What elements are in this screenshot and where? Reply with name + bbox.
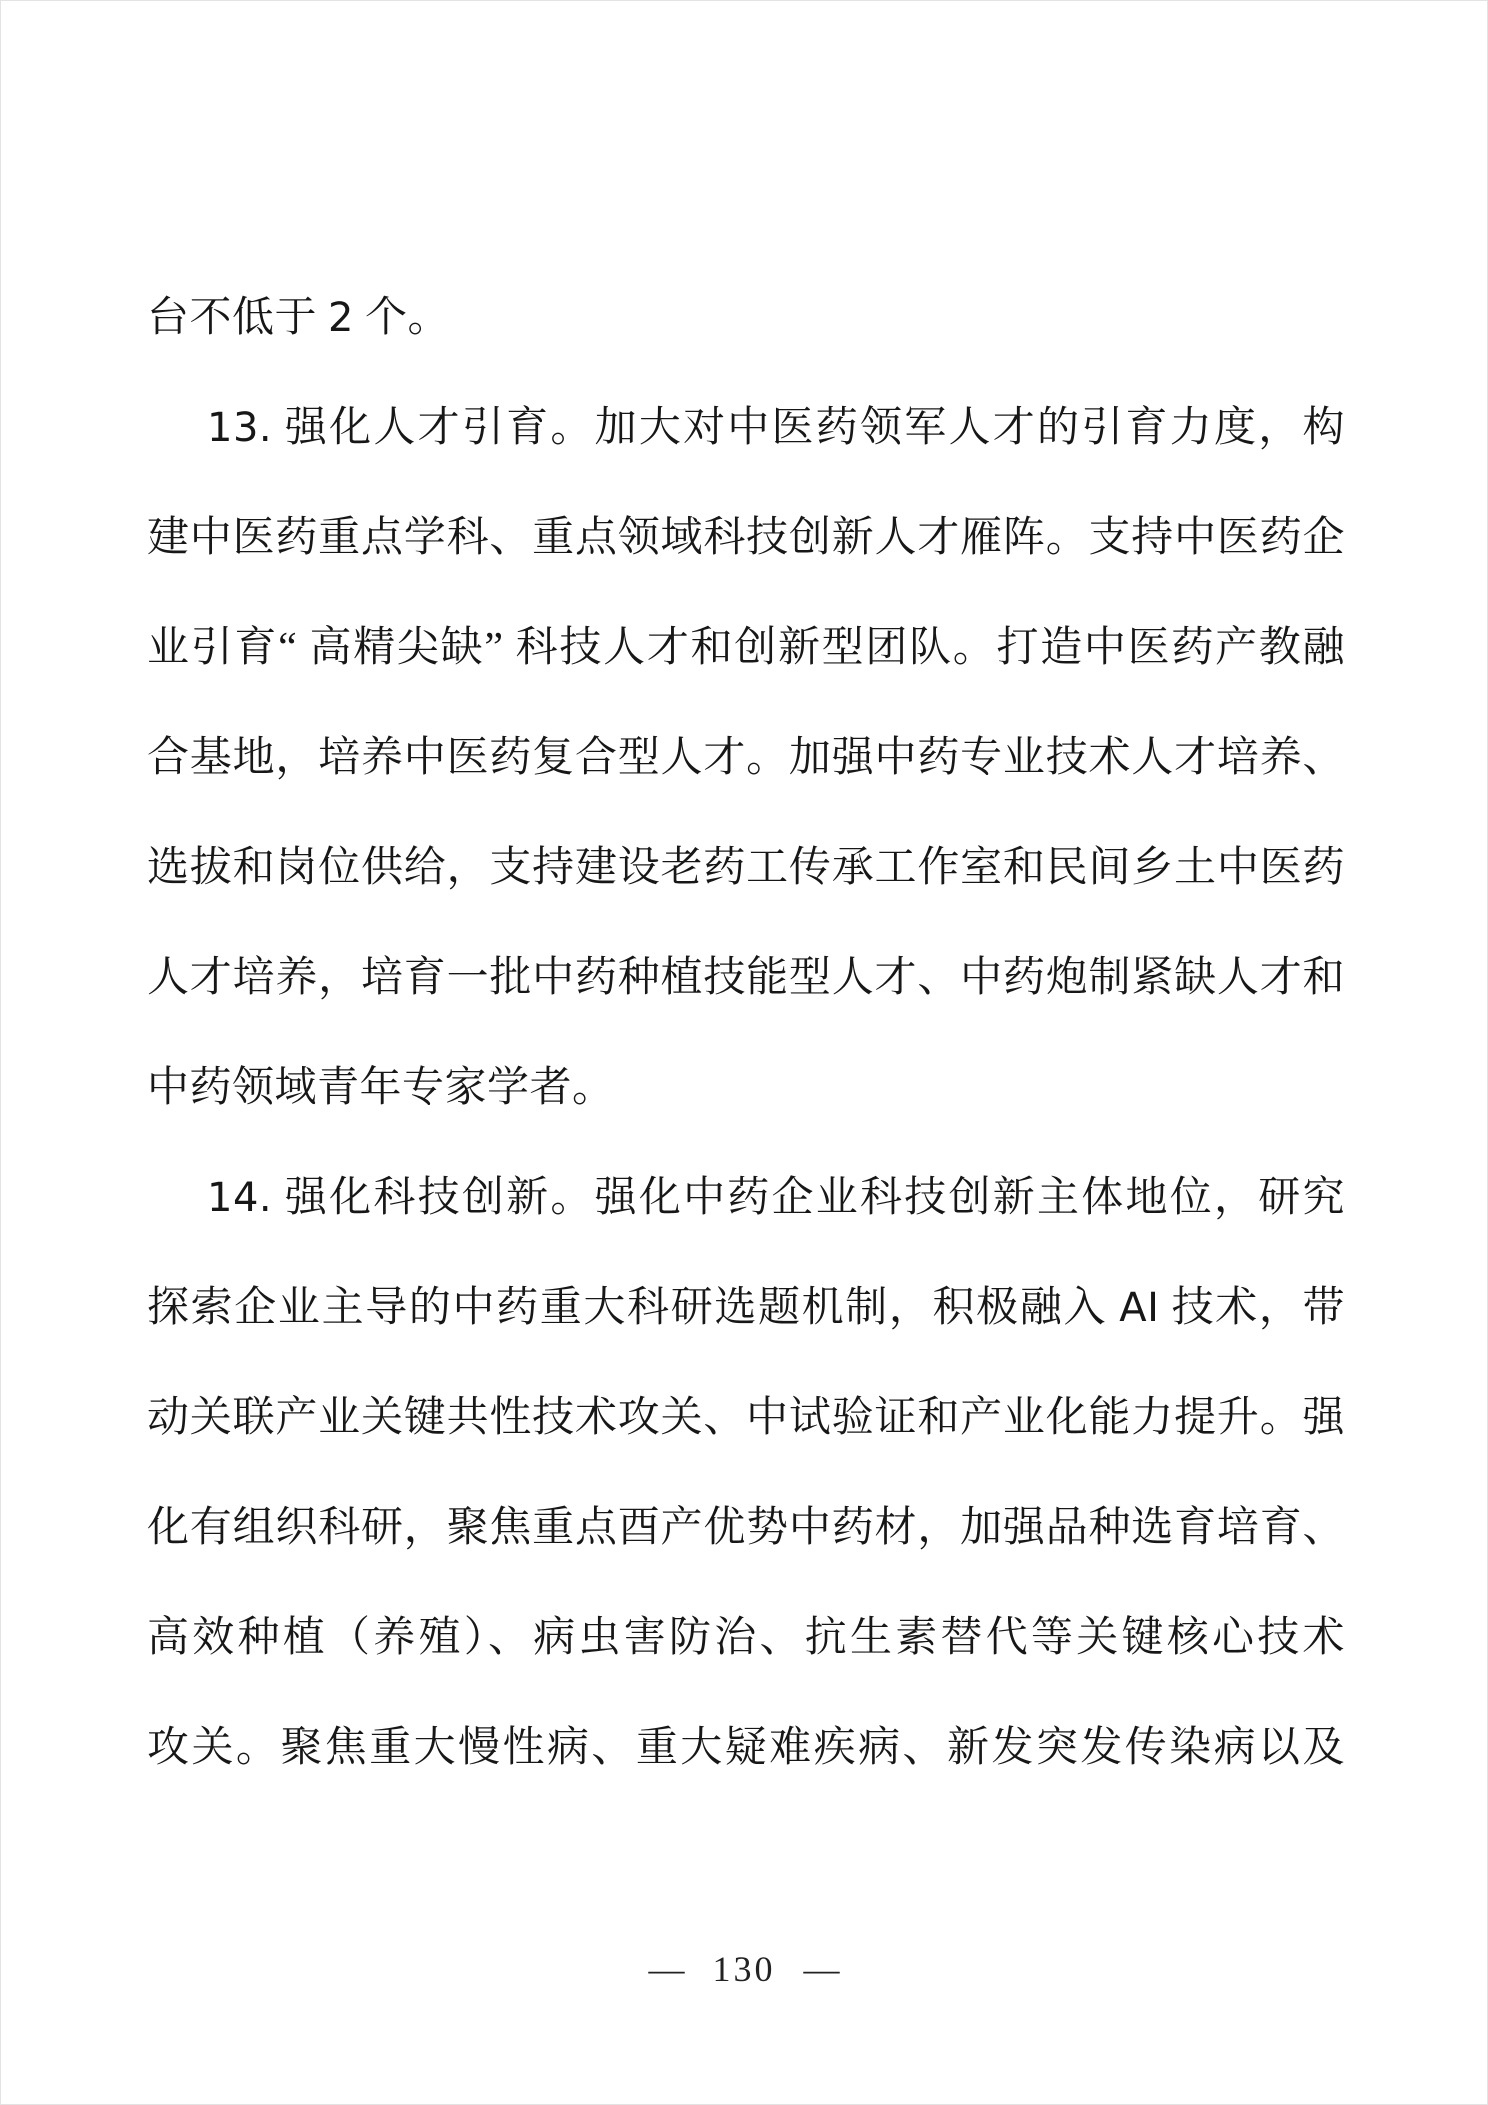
text-line: 人才培养，培育一批中药种植技能型人才、中药炮制紧缺人才和 [147,923,1345,1033]
latin-text: 13. [207,405,272,451]
text-line: 合基地，培养中医药复合型人才。加强中药专业技术人才培养、 [147,703,1345,813]
text-line: 13. 强化人才引育。加大对中医药领军人才的引育力度，构 [147,373,1345,483]
text-line: 探索企业主导的中药重大科研选题机制，积极融入 AI 技术，带 [147,1253,1345,1363]
text-line: 化有组织科研，聚焦重点酉产优势中药材，加强品种选育培育、 [147,1473,1345,1583]
text-line: 台不低于 2 个。 [147,263,1345,373]
text-line: 高效种植（养殖）、病虫害防治、抗生素替代等关键核心技术 [147,1583,1345,1693]
latin-text: 14. [207,1175,272,1221]
page-number: 130 [713,1949,776,1989]
text-line: 中药领域青年专家学者。 [147,1033,1345,1143]
page-footer: —130— [1,1939,1487,1999]
text-line: 选拔和岗位供给，支持建设老药工传承工作室和民间乡土中医药 [147,813,1345,923]
text-line: 14. 强化科技创新。强化中药企业科技创新主体地位，研究 [147,1143,1345,1253]
footer-dash-left: — [649,1949,685,1989]
footer-dash-right: — [804,1949,840,1989]
text-line: 攻关。聚焦重大慢性病、重大疑难疾病、新发突发传染病以及 [147,1693,1345,1803]
latin-text: AI [1119,1285,1159,1331]
text-line: 业引育“ 高精尖缺” 科技人才和创新型团队。打造中医药产教融 [147,593,1345,703]
document-lines: 台不低于 2 个。13. 强化人才引育。加大对中医药领军人才的引育力度，构建中医… [147,263,1345,1803]
text-line: 动关联产业关键共性技术攻关、中试验证和产业化能力提升。强 [147,1363,1345,1473]
latin-text: 2 [328,295,354,341]
document-page: 台不低于 2 个。13. 强化人才引育。加大对中医药领军人才的引育力度，构建中医… [0,0,1488,2105]
text-line: 建中医药重点学科、重点领域科技创新人才雁阵。支持中医药企 [147,483,1345,593]
